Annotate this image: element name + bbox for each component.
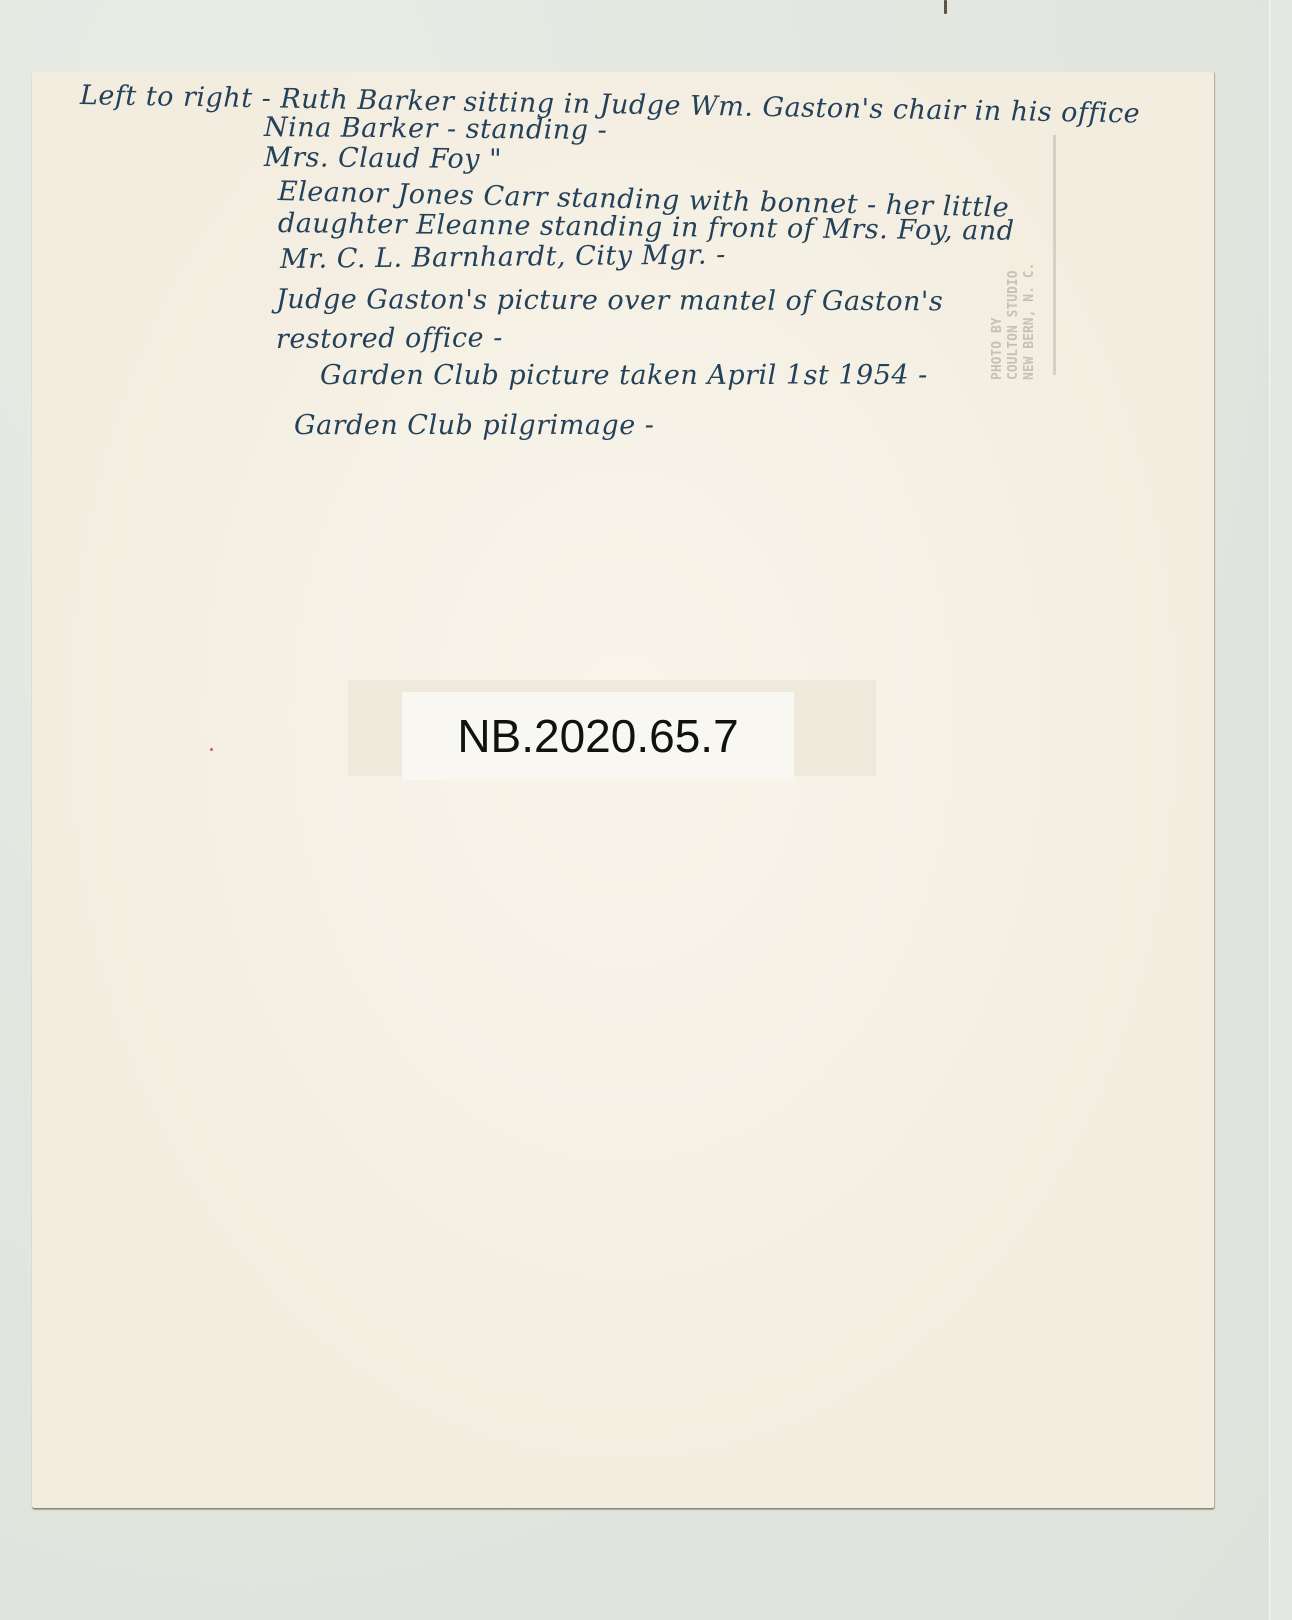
scanner-edge-strip <box>1269 0 1292 1620</box>
caption-line-3: Mrs. Claud Foy " <box>264 142 502 175</box>
studio-stamp: PHOTO BY COULTON STUDIO NEW BERN, N. C. <box>990 263 1038 380</box>
caption-line-6: Mr. C. L. Barnhardt, City Mgr. - <box>280 239 726 275</box>
accession-label: NB.2020.65.7 <box>402 692 794 780</box>
caption-line-2: Nina Barker - standing - <box>264 112 607 146</box>
scan-mark <box>944 0 947 14</box>
stamp-border-line <box>1053 135 1056 375</box>
stamp-line-3: NEW BERN, N. C. <box>1022 263 1038 380</box>
caption-line-10: Garden Club pilgrimage - <box>294 410 654 441</box>
caption-line-1: Left to right - Ruth Barker sitting in J… <box>80 80 1141 130</box>
caption-line-8: restored office - <box>276 322 503 355</box>
caption-line-9: Garden Club picture taken April 1st 1954… <box>320 360 928 391</box>
stamp-line-2: COULTON STUDIO <box>1006 263 1022 380</box>
accession-number: NB.2020.65.7 <box>457 709 738 763</box>
stamp-line-1: PHOTO BY <box>990 263 1006 380</box>
paper-speck <box>210 748 213 751</box>
caption-line-7: Judge Gaston's picture over mantel of Ga… <box>276 284 943 317</box>
